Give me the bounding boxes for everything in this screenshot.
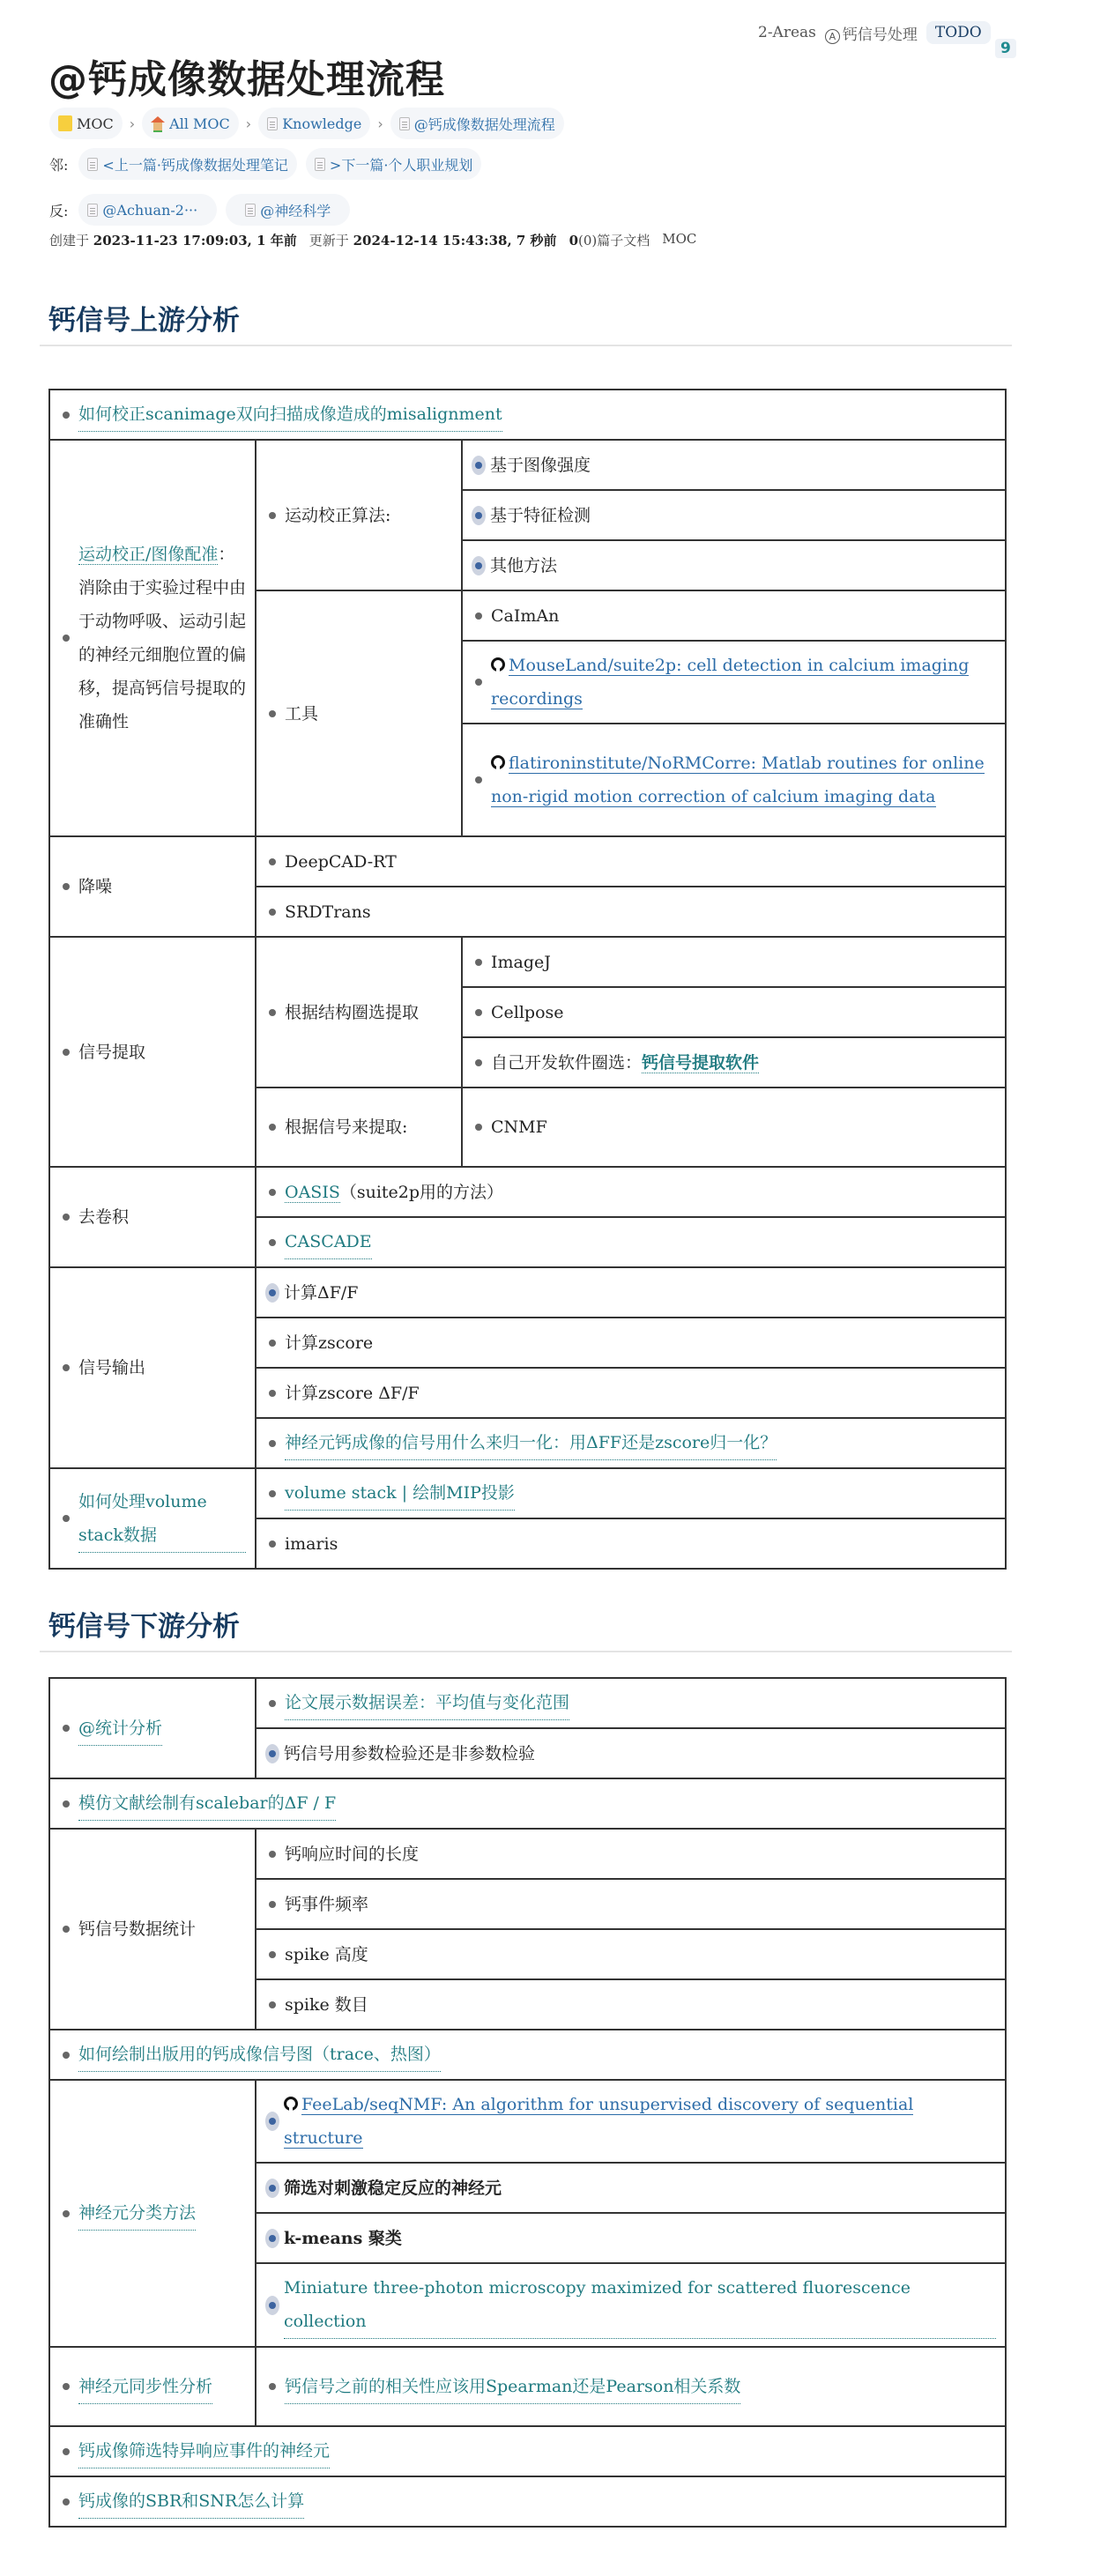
bullet-icon [63,883,70,890]
created-info: 创建于 2023-11-23 17:09:03, 1 年前 [49,231,297,249]
collapsed-bullet-icon[interactable] [265,2296,279,2315]
bullet-icon [475,1124,482,1131]
bullet-icon [269,1124,276,1131]
bullet-icon [63,1214,70,1221]
bullet-icon [269,1490,276,1497]
document-icon [399,117,410,130]
bullet-icon [269,1340,276,1347]
deconv-label: 去卷积 [78,1200,129,1234]
signal-label: 根据信号来提取: [285,1110,407,1144]
collapsed-bullet-icon[interactable] [472,456,486,475]
motion-correction-link[interactable]: 运动校正/图像配准 [78,545,218,565]
chevron-right-icon: › [377,115,383,132]
algo-item: 其他方法 [490,549,557,583]
tag-topic[interactable]: A钙信号处理 [825,22,918,44]
doc-tags: 2-Areas A钙信号处理 TODO [758,21,991,44]
table-row: 去卷积 OASIS（suite2p用的方法） [49,1167,1006,1217]
table-row: 神经元分类方法 FeeLab/seqNMF: An algorithm for … [49,2080,1006,2163]
bullet-icon [269,1540,276,1548]
backlink-docs: 反: @Achuan-2··· @神经科学 [49,194,350,226]
section-heading-upstream: 钙信号上游分析 [48,298,240,338]
document-icon [315,158,325,171]
struct-item: Cellpose [491,996,564,1029]
output-item: 计算ΔF/F [284,1276,359,1310]
normalization-link[interactable]: 神经元钙成像的信号用什么来归一化：用ΔFF还是zscore归一化？ [285,1426,777,1460]
stats-link[interactable]: @统计分析 [78,1711,162,1746]
tag-todo[interactable]: TODO [926,21,991,44]
bullet-icon [475,1009,482,1016]
bullet-icon [269,858,276,865]
doc-type: MOC [662,231,696,249]
bullet-icon [269,1951,276,1958]
neighbors-label: 邻: [49,154,68,174]
bullet-icon [475,679,482,686]
house-icon [151,116,165,130]
document-page: 2-Areas A钙信号处理 TODO 9 @钙成像数据处理流程 MOC › A… [0,0,1115,53]
folder-icon [58,115,72,131]
bullet-icon [63,635,70,642]
stats-item: spike 数目 [285,1988,368,2022]
oasis-link[interactable]: OASIS [285,1183,340,1203]
data-stats-label: 钙信号数据统计 [78,1912,196,1946]
bullet-icon [63,2210,70,2217]
next-doc-label: >下一篇·个人职业规划 [330,154,473,174]
tool-item: CaImAn [491,599,559,633]
bullet-icon [269,909,276,916]
three-photon-link[interactable]: Miniature three-photon microscopy maximi… [284,2271,996,2339]
denoise-item: DeepCAD-RT [285,845,397,879]
neighbor-docs: 邻: <上一篇·钙成像数据处理笔记 >下一篇·个人职业规划 [49,148,481,180]
prev-doc-link[interactable]: <上一篇·钙成像数据处理笔记 [78,148,297,180]
backlink-item[interactable]: @神经科学 [226,194,350,226]
synchrony-link[interactable]: 神经元同步性分析 [78,2370,212,2404]
table-row: 运动校正/图像配准：消除由于实验过程中由于动物呼吸、运动引起的神经元细胞位置的偏… [49,440,1006,490]
algo-label: 运动校正算法: [285,499,390,532]
bullet-icon [63,1926,70,1933]
scalebar-link[interactable]: 模仿文献绘制有scalebar的ΔF / F [78,1786,336,1821]
backlinks-label: 反: [49,200,68,220]
bullet-icon [269,2001,276,2008]
subdoc-label: (0)篇子文档 [578,233,650,249]
breadcrumb-label: All MOC [169,115,230,132]
bullet-icon [475,612,482,620]
volume-item: imaris [285,1527,338,1561]
struct-item: ImageJ [491,946,551,979]
updated-label: 更新于 [309,233,349,249]
bullet-icon [269,1239,276,1246]
output-item: 计算zscore ΔF/F [285,1377,420,1410]
table-row: 如何处理volume stack数据 volume stack | 绘制MIP投… [49,1468,1006,1518]
bullet-icon [63,1725,70,1732]
backlink-item[interactable]: @Achuan-2··· [78,194,217,226]
bullet-icon [63,412,70,419]
backlink-label: @神经科学 [260,200,331,220]
misalignment-link[interactable]: 如何校正scanimage双向扫描成像造成的misalignment [78,397,502,432]
struct-label: 根据结构圈选提取 [285,996,419,1029]
algo-item: 基于图像强度 [490,449,591,482]
seqnmf-link[interactable]: FeeLab/seqNMF: An algorithm for unsuperv… [284,2095,913,2149]
bullet-icon [269,1700,276,1707]
breadcrumb-label: @钙成像数据处理流程 [414,114,555,134]
bullet-icon [63,1049,70,1056]
stats-item: 钙响应时间的长度 [285,1837,419,1871]
table-row: 降噪 DeepCAD-RT [49,836,1006,887]
oasis-note: （suite2p用的方法） [340,1183,503,1202]
created-label: 创建于 [49,233,89,249]
document-icon [87,204,98,217]
correlation-link[interactable]: 钙信号之前的相关性应该用Spearman还是Pearson相关系数 [285,2370,740,2404]
table-row: 如何校正scanimage双向扫描成像造成的misalignment [49,390,1006,440]
subdoc-info: 0(0)篇子文档 [569,231,650,249]
chevron-right-icon: › [130,115,135,132]
output-item: 计算zscore [285,1326,373,1360]
subdoc-count: 0 [569,233,578,249]
bullet-icon [269,1440,276,1447]
tag-area[interactable]: 2-Areas [758,24,816,41]
github-icon [284,2097,298,2111]
github-icon [491,755,505,769]
breadcrumb-moc[interactable]: MOC [49,108,123,139]
breadcrumb: MOC › All MOC › Knowledge › @钙成像数据处理流程 [49,108,564,139]
section-heading-downstream: 钙信号下游分析 [48,1604,240,1644]
custom-prefix: 自己开发软件圈选： [491,1053,642,1073]
breadcrumb-label: Knowledge [282,115,361,132]
heading-divider [40,345,1012,346]
table-row: 模仿文献绘制有scalebar的ΔF / F [49,1778,1006,1829]
output-label: 信号输出 [78,1351,145,1385]
bullet-icon [63,1364,70,1371]
bullet-icon [269,512,276,519]
stats-item: spike 高度 [285,1938,368,1971]
bullet-icon [269,1851,276,1858]
collapsed-bullet-icon[interactable] [265,2229,279,2248]
classify-item: 筛选对刺激稳定反应的神经元 [284,2171,502,2205]
extract-label: 信号提取 [78,1036,145,1069]
signal-item: CNMF [491,1110,547,1144]
downstream-table: @统计分析 论文展示数据误差：平均值与变化范围 钙信号用参数检验还是非参数检验 … [48,1677,1007,2528]
github-icon [491,657,505,672]
classify-item: k-means 聚类 [284,2222,402,2255]
bullet-icon [63,1800,70,1808]
collapsed-bullet-icon[interactable] [472,506,486,525]
document-icon [245,204,256,217]
bullet-icon [63,2448,70,2455]
bullet-icon [63,2383,70,2390]
extraction-software-link[interactable]: 钙信号提取软件 [642,1053,759,1073]
collapsed-bullet-icon[interactable] [265,1744,279,1763]
table-row: 钙成像的SBR和SNR怎么计算 [49,2476,1006,2527]
error-display-link[interactable]: 论文展示数据误差：平均值与变化范围 [285,1686,569,1720]
bullet-icon [63,2052,70,2059]
denoise-item: SRDTrans [285,895,371,929]
bullet-icon [269,1390,276,1397]
collapsed-bullet-icon[interactable] [265,2112,279,2131]
todo-count-badge: 9 [995,39,1016,58]
sbr-snr-link[interactable]: 钙成像的SBR和SNR怎么计算 [78,2484,304,2519]
collapsed-bullet-icon[interactable] [265,1283,279,1303]
classification-link[interactable]: 神经元分类方法 [78,2196,196,2231]
heading-divider [40,1651,1012,1652]
next-doc-link[interactable]: >下一篇·个人职业规划 [306,148,482,180]
denoise-label: 降噪 [78,870,112,903]
specific-response-link[interactable]: 钙成像筛选特异响应事件的神经元 [78,2434,330,2468]
backlink-label: @Achuan-2··· [102,202,197,219]
upstream-table: 如何校正scanimage双向扫描成像造成的misalignment 运动校正/… [48,389,1007,1570]
prev-doc-label: <上一篇·钙成像数据处理笔记 [102,154,288,174]
table-row: 神经元同步性分析 钙信号之前的相关性应该用Spearman还是Pearson相关… [49,2347,1006,2426]
document-icon [267,117,278,130]
breadcrumb-label: MOC [77,115,114,132]
area-letter-icon: A [825,29,840,44]
doc-meta: 创建于 2023-11-23 17:09:03, 1 年前 更新于 2024-1… [49,231,696,249]
breadcrumb-current[interactable]: @钙成像数据处理流程 [390,108,564,139]
plot-figure-link[interactable]: 如何绘制出版用的钙成像信号图（trace、热图） [78,2038,441,2072]
page-title: @钙成像数据处理流程 [48,48,445,104]
tag-topic-label: 钙信号处理 [843,26,918,44]
bullet-icon [269,2383,276,2390]
table-row: 如何绘制出版用的钙成像信号图（trace、热图） [49,2030,1006,2080]
table-row: 信号提取 根据结构圈选提取 ImageJ [49,937,1006,987]
mip-link[interactable]: volume stack | 绘制MIP投影 [285,1476,515,1511]
suite2p-link[interactable]: MouseLand/suite2p: cell detection in cal… [491,656,969,709]
document-icon [87,158,98,171]
table-row: 钙信号数据统计 钙响应时间的长度 [49,1829,1006,1879]
breadcrumb-knowledge[interactable]: Knowledge [258,108,370,139]
bullet-icon [269,710,276,717]
chevron-right-icon: › [246,115,251,132]
stats-item: 钙信号用参数检验还是非参数检验 [284,1737,535,1771]
algo-item: 基于特征检测 [490,499,591,532]
volume-stack-link[interactable]: 如何处理volume stack数据 [78,1485,246,1553]
cascade-link[interactable]: CASCADE [285,1225,372,1259]
collapsed-bullet-icon[interactable] [265,2179,279,2198]
collapsed-bullet-icon[interactable] [472,556,486,575]
updated-value: 2024-12-14 15:43:38, 7 秒前 [353,233,557,249]
breadcrumb-all-moc[interactable]: All MOC [142,108,239,139]
bullet-icon [269,1009,276,1016]
normcorre-link[interactable]: flatironinstitute/NoRMCorre: Matlab rout… [491,753,985,807]
bullet-icon [269,1189,276,1196]
stats-item: 钙事件频率 [285,1888,368,1921]
bullet-icon [269,1901,276,1908]
updated-info: 更新于 2024-12-14 15:43:38, 7 秒前 [309,231,557,249]
table-row: 信号输出 计算ΔF/F [49,1267,1006,1318]
bullet-icon [475,1059,482,1066]
created-value: 2023-11-23 17:09:03, 1 年前 [93,233,297,249]
bullet-icon [475,959,482,966]
motion-correction-desc: ：消除由于实验过程中由于动物呼吸、运动引起的神经元细胞位置的偏移，提高钙信号提取… [78,545,246,731]
bullet-icon [63,2498,70,2505]
bullet-icon [63,1515,70,1522]
table-row: 钙成像筛选特异响应事件的神经元 [49,2426,1006,2476]
bullet-icon [475,776,482,783]
tools-label: 工具 [285,697,318,731]
table-row: @统计分析 论文展示数据误差：平均值与变化范围 [49,1678,1006,1728]
